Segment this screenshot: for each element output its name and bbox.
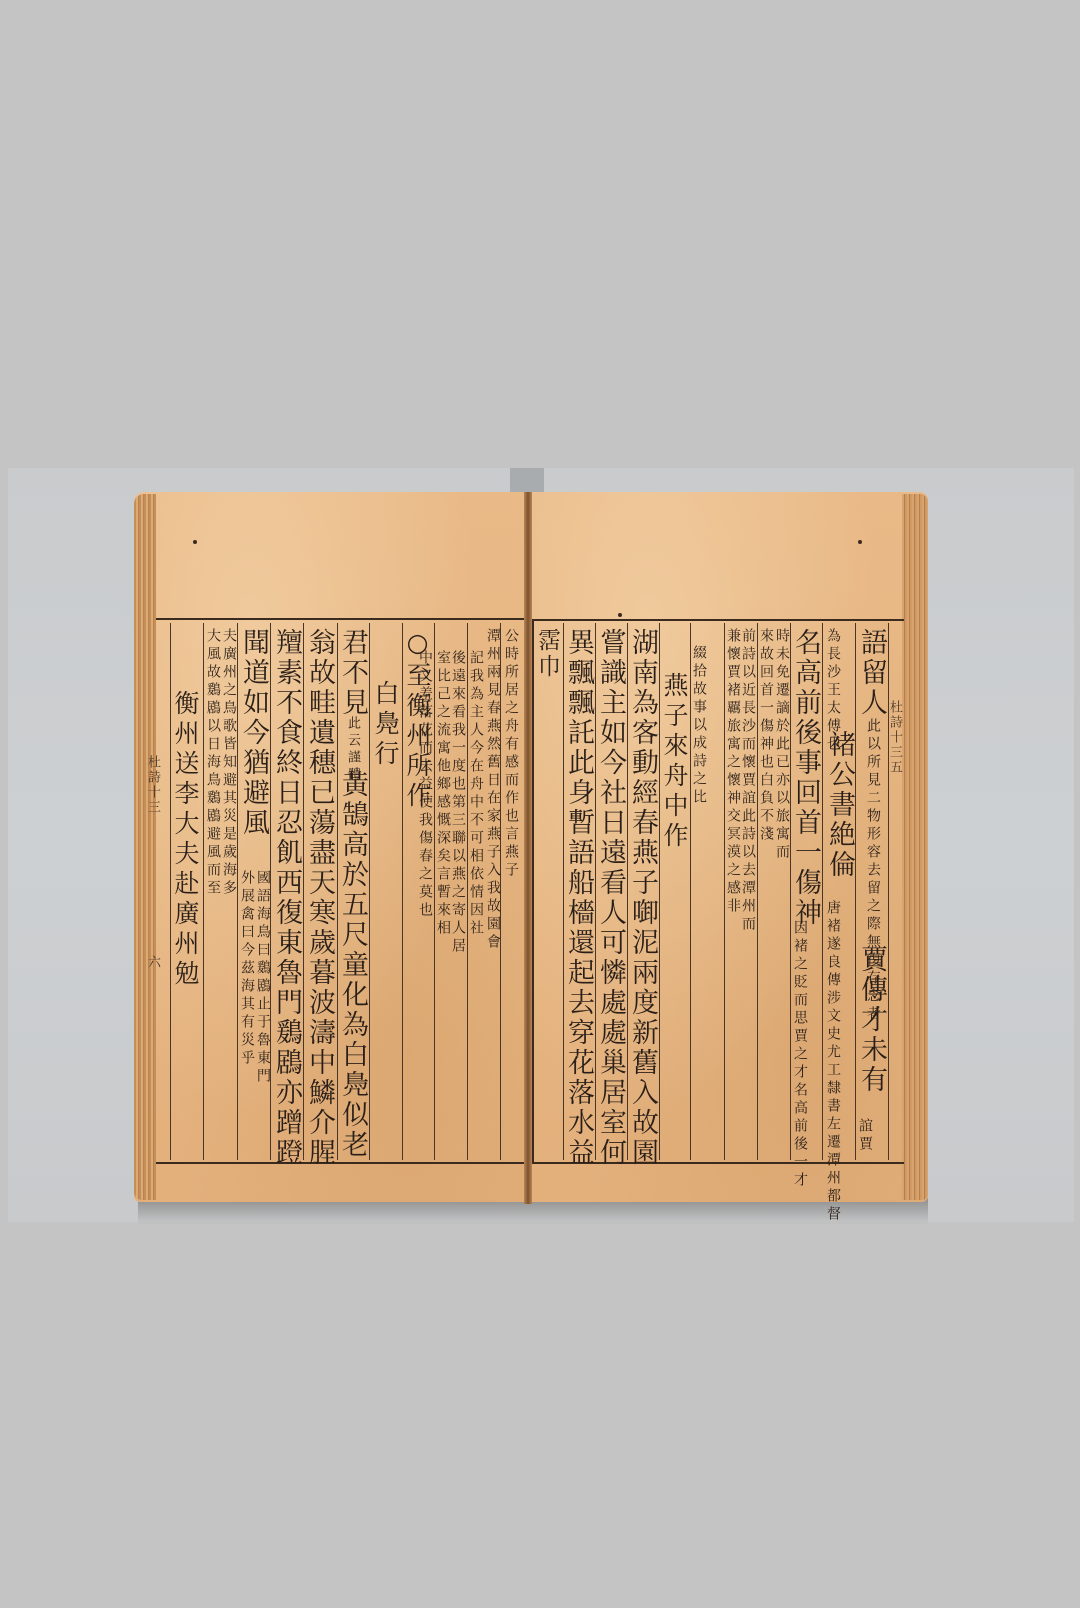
text-column: 語留人 (858, 628, 885, 718)
commentary-column: 國語海鳥曰鶢鶋止于魯東門 (256, 870, 270, 1086)
left-margin-label: 杜詩十三 (146, 755, 159, 815)
poem-title: 白鳧行 (373, 680, 398, 770)
commentary-column: 室比己之流寓他鄉感慨深矣言暫來相 (436, 650, 450, 938)
commentary-column: 來故回首一傷神也白負不淺 (759, 628, 773, 844)
text-column: 君不見 (339, 628, 366, 718)
commentary-column: 綴拾故事以成詩之比 (692, 645, 706, 807)
text-column: 褚公書絶倫 (826, 730, 853, 880)
text-column: 嘗識主如今社日遠看人可憐處處巢居室何 (597, 628, 624, 1168)
poem-title: 燕子來舟中作 (662, 672, 687, 852)
left-bottom-border (156, 1162, 524, 1164)
text-column: 名高前後事回首一傷神 (792, 628, 819, 928)
column-rule (822, 623, 823, 1160)
commentary-column: 潭州兩見春燕然舊日在家燕子入我故園會 (486, 628, 500, 952)
text-column: 賈傳才未有 (858, 945, 885, 1095)
text-column: 黃鵠高於五尺童化為白鳧似老 (339, 770, 366, 1160)
commentary-column: 前詩以近長沙而懷賈誼此詩以去潭州而 (741, 628, 755, 934)
text-column: 霑巾 (535, 628, 558, 680)
right-top-border (532, 619, 904, 621)
left-top-border (156, 618, 524, 620)
right-page-edge (902, 494, 928, 1200)
ink-dot (858, 540, 862, 544)
section-heading: ○至衡州所作 (405, 628, 430, 812)
commentary-column: 時未免遷謫於此已亦以旅寓而 (775, 628, 789, 862)
text-column: 異飄飄託此身暫語船檣還起去穿花落水益 (565, 628, 592, 1168)
right-margin-label: 杜詩十三五 (888, 700, 901, 775)
commentary-column: 兼懷賈褚覊旅寓之懷神交冥漠之感非 (726, 628, 740, 916)
ink-dot (618, 613, 622, 617)
text-column: 翁故畦遺穗已蕩盡天寒歲暮波濤中鱗介腥 (306, 628, 333, 1168)
commentary-column: 誼賈 (858, 1118, 872, 1154)
commentary-column: 外展禽曰今茲海其有災乎 (240, 870, 254, 1068)
page-number: 六 (146, 955, 159, 970)
book-gutter (524, 492, 532, 1204)
ink-dot (193, 540, 197, 544)
text-column: 聞道如今猶避風 (240, 628, 267, 838)
poem-title: 衡州送李大夫赴廣州勉 (173, 690, 198, 990)
right-inner-border (532, 619, 534, 1164)
text-column: 羶素不食終日忍飢西復東魯門鶢鶋亦蹭蹬 (273, 628, 300, 1168)
commentary-column: 大風故鶢鶋以日海鳥鶢鶋避風而至 (206, 628, 220, 898)
commentary-column: 記我為主人今在舟中不可相依情因社 (469, 650, 483, 938)
commentary-column: 唐褚遂良傳涉文史尤工隸書左遷潭州都督 (826, 900, 840, 1224)
commentary-column: 夫廣州之鳥歌皆知避其災是歲海多 (222, 628, 236, 898)
commentary-column: 後遠來看我一度也第三聯以燕之寄人居 (451, 650, 465, 956)
left-page-edge (134, 494, 156, 1200)
commentary-column: 因褚之貶而思賈之才名高前後一才 (793, 920, 807, 1190)
text-column: 湖南為客動經春燕子啣泥兩度新舊入故園 (629, 628, 656, 1168)
commentary-column: 公時所居之舟有感而作也言燕子 (504, 628, 518, 880)
